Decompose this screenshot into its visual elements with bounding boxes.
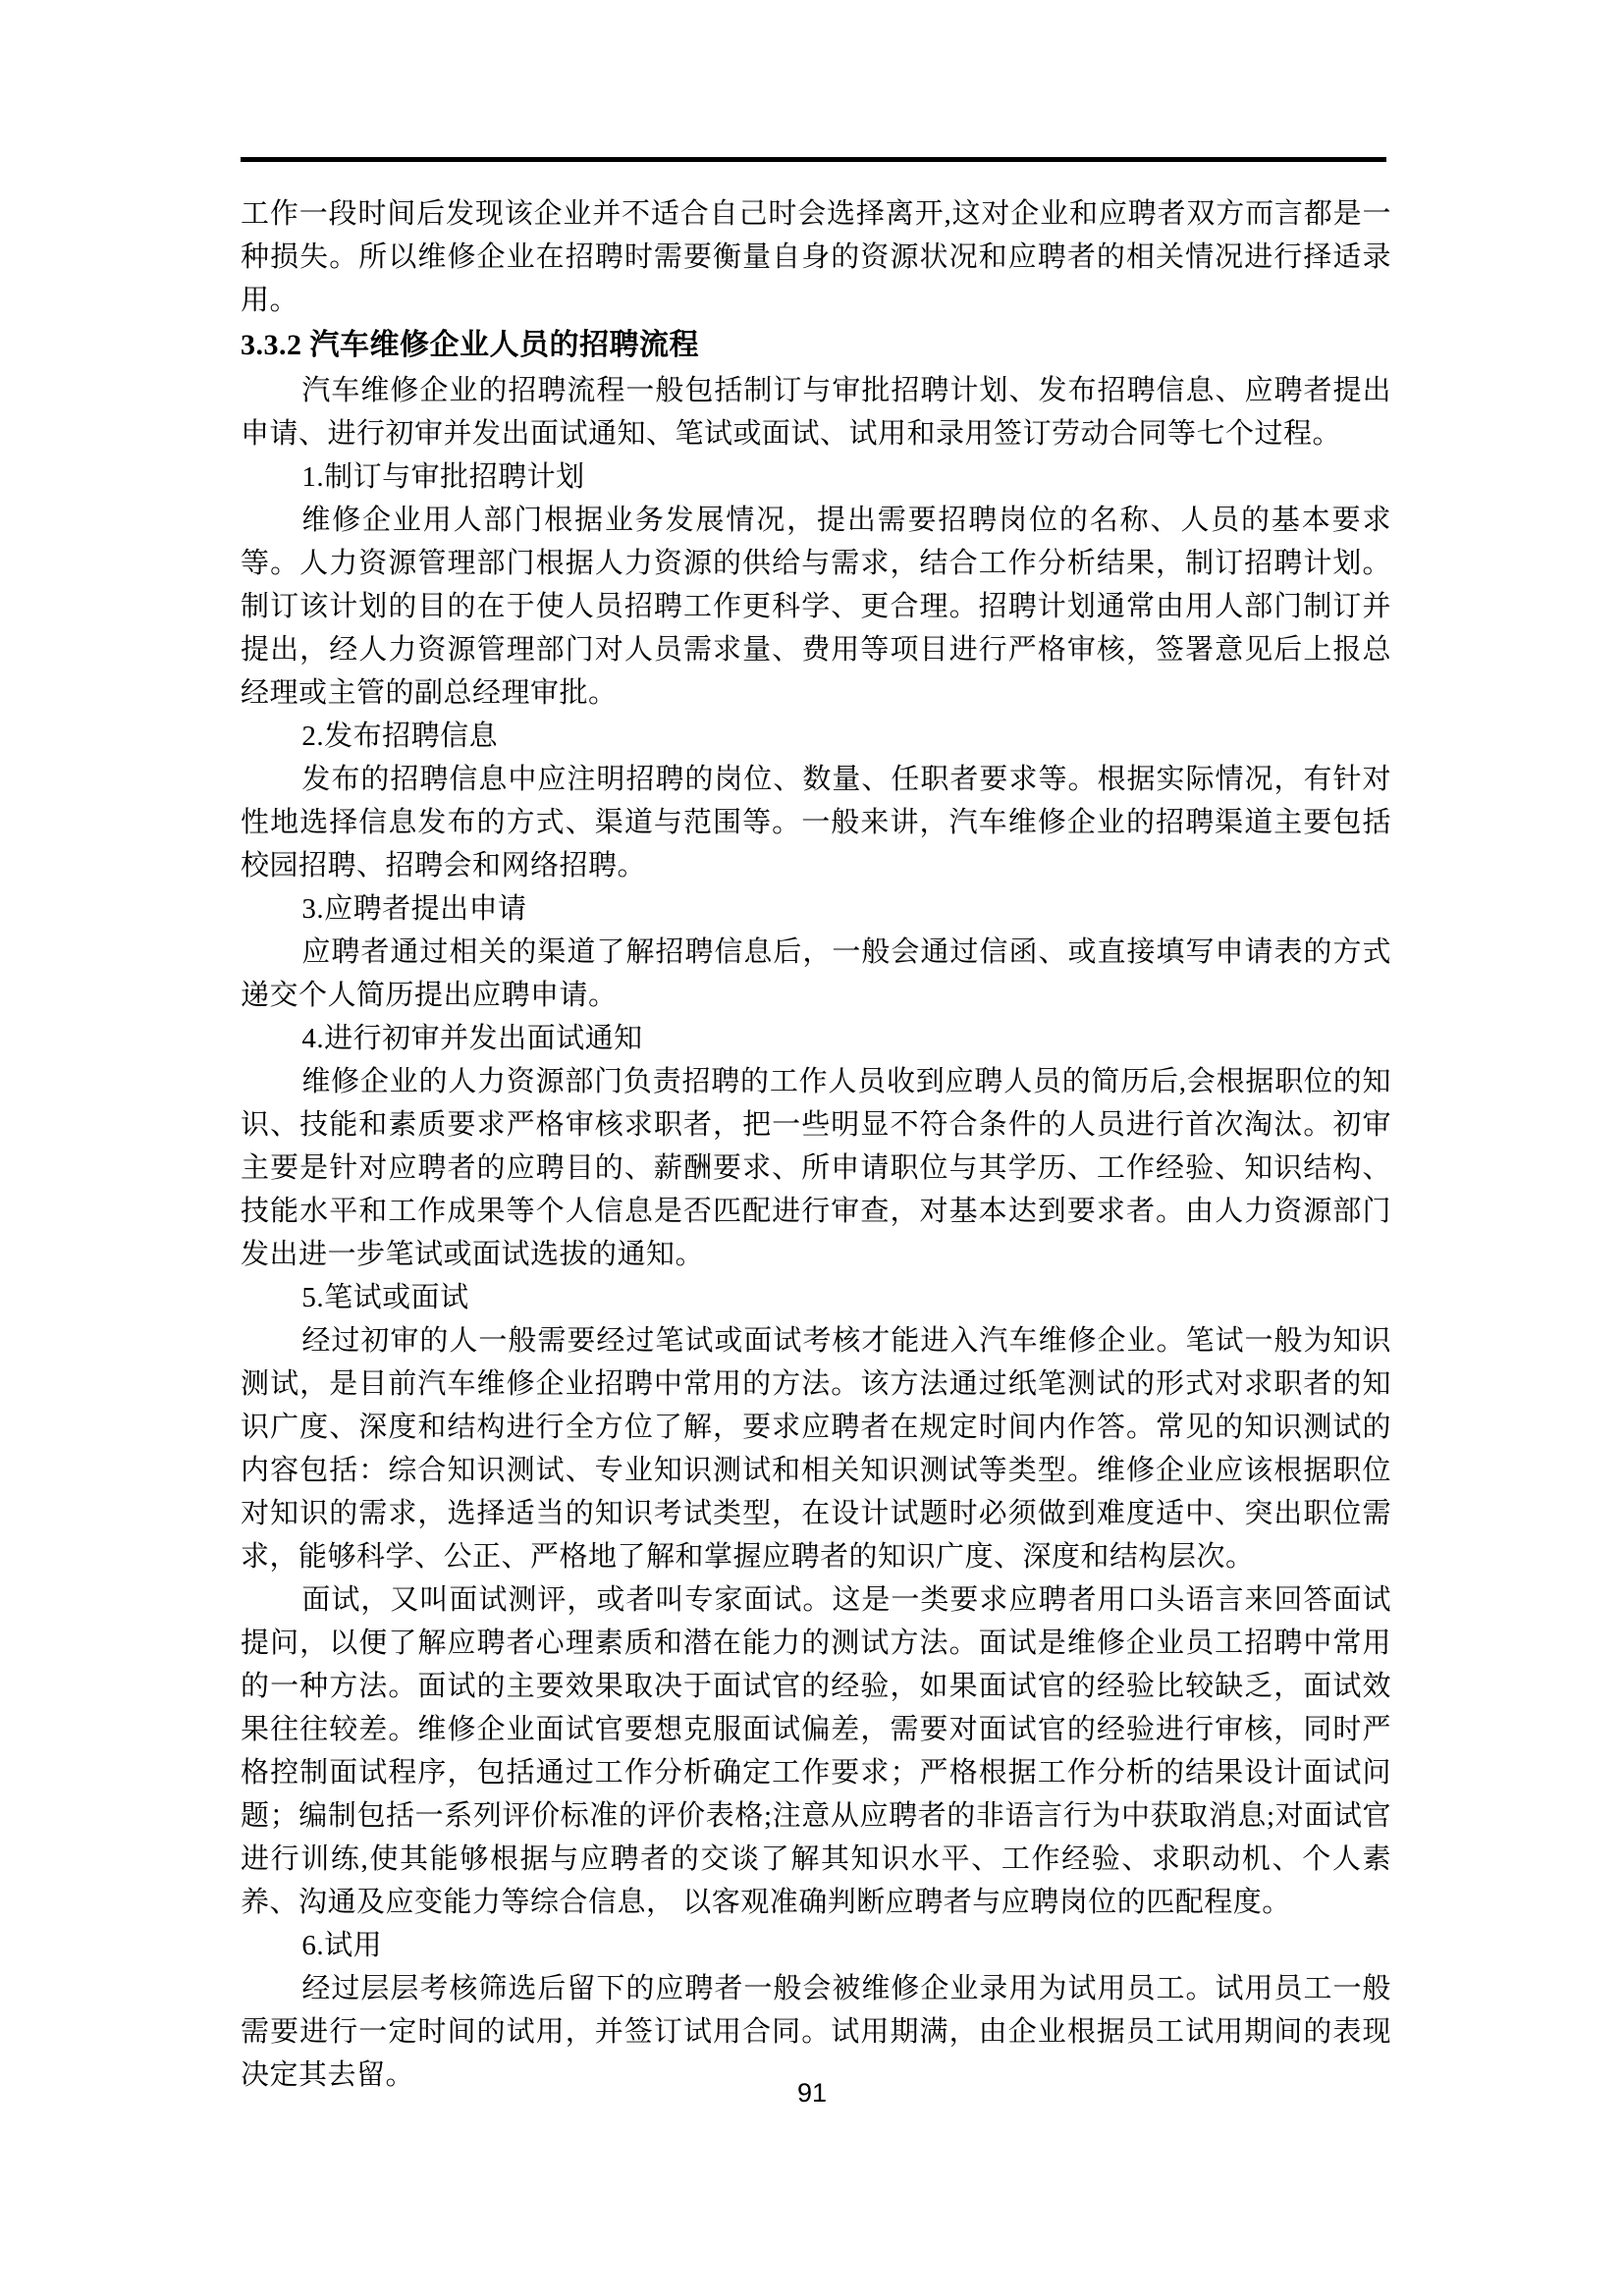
header-rule	[241, 157, 1386, 162]
paragraph-step-5-interview: 面试，又叫面试测评，或者叫专家面试。这是一类要求应聘者用口头语言来回答面试提问，…	[241, 1578, 1391, 1924]
step-heading-5: 5.笔试或面试	[241, 1276, 1391, 1319]
page-number: 91	[0, 2077, 1624, 2109]
step-heading-4: 4.进行初审并发出面试通知	[241, 1017, 1391, 1060]
paragraph-step-4: 维修企业的人力资源部门负责招聘的工作人员收到应聘人员的简历后,会根据职位的知识、…	[241, 1060, 1391, 1276]
document-page: 工作一段时间后发现该企业并不适合自己时会选择离开,这对企业和应聘者双方而言都是一…	[0, 0, 1624, 2296]
step-heading-3: 3.应聘者提出申请	[241, 887, 1391, 931]
paragraph-step-2: 发布的招聘信息中应注明招聘的岗位、数量、任职者要求等。根据实际情况，有针对性地选…	[241, 758, 1391, 887]
paragraph-step-1: 维修企业用人部门根据业务发展情况，提出需要招聘岗位的名称、人员的基本要求等。人力…	[241, 499, 1391, 715]
step-heading-2: 2.发布招聘信息	[241, 715, 1391, 758]
paragraph-step-3: 应聘者通过相关的渠道了解招聘信息后，一般会通过信函、或直接填写申请表的方式递交个…	[241, 931, 1391, 1017]
paragraph-overview: 汽车维修企业的招聘流程一般包括制订与审批招聘计划、发布招聘信息、应聘者提出申请、…	[241, 369, 1391, 455]
paragraph-continuation: 工作一段时间后发现该企业并不适合自己时会选择离开,这对企业和应聘者双方而言都是一…	[241, 192, 1391, 322]
body-text: 工作一段时间后发现该企业并不适合自己时会选择离开,这对企业和应聘者双方而言都是一…	[241, 192, 1391, 2097]
paragraph-step-5-written-test: 经过初审的人一般需要经过笔试或面试考核才能进入汽车维修企业。笔试一般为知识测试，…	[241, 1319, 1391, 1578]
step-heading-1: 1.制订与审批招聘计划	[241, 455, 1391, 499]
step-heading-6: 6.试用	[241, 1924, 1391, 1967]
section-heading-3-3-2: 3.3.2 汽车维修企业人员的招聘流程	[241, 323, 1391, 368]
